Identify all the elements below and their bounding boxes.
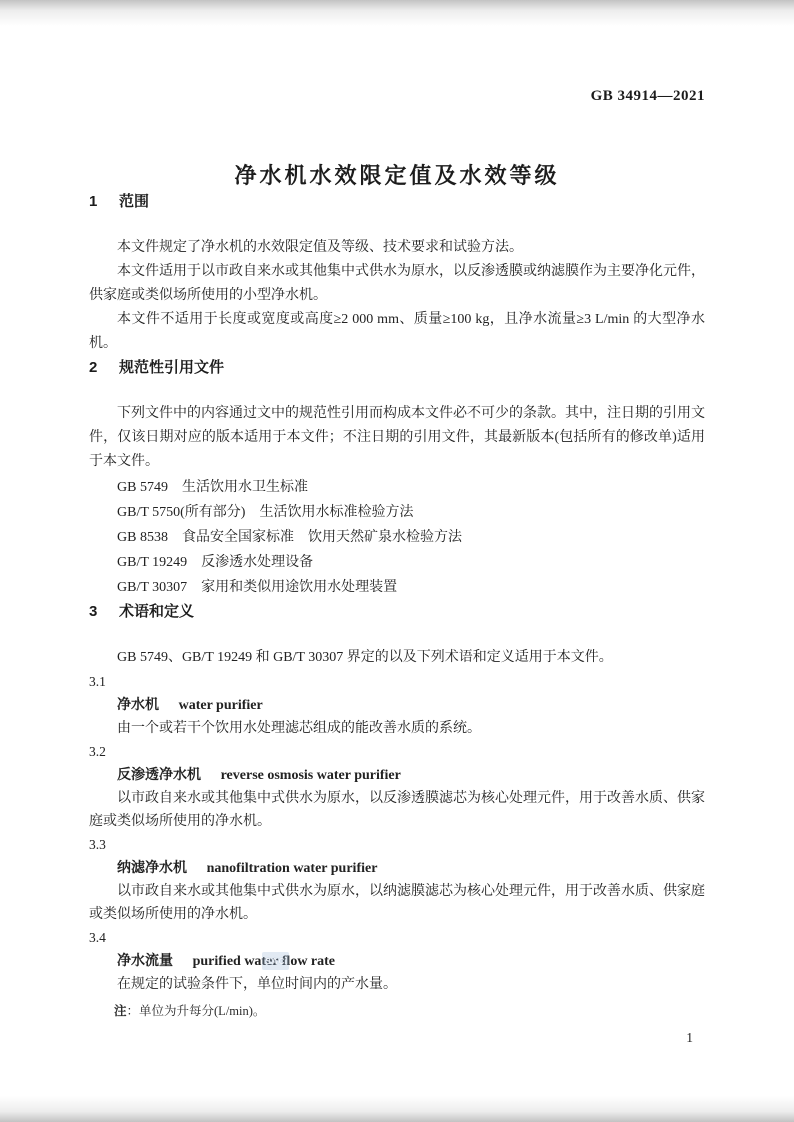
- page-edge-shadow-bottom: [0, 1096, 794, 1122]
- term-name: 纳滤净水机nanofiltration water purifier: [89, 856, 705, 880]
- reference-item: GB 8538 食品安全国家标准 饮用天然矿泉水检验方法: [89, 525, 705, 550]
- section-3-body: GB 5749、GB/T 19249 和 GB/T 30307 界定的以及下列术…: [89, 646, 705, 1020]
- term-name-en: nanofiltration water purifier: [207, 861, 378, 876]
- paragraph: 本文件不适用于长度或宽度或高度≥2 000 mm、质量≥100 kg，且净水流量…: [89, 308, 705, 356]
- standard-code: GB 34914—2021: [89, 0, 705, 105]
- term-name-zh: 净水流量: [117, 952, 173, 968]
- term-name: 净水流量purified water flow rate: [89, 949, 705, 973]
- section-1-title: 范围: [119, 193, 149, 210]
- paragraph: 下列文件中的内容通过文中的规范性引用而构成本文件必不可少的条款。其中，注日期的引…: [89, 402, 705, 474]
- term-note: 注：单位为升每分(L/min)。: [89, 1002, 705, 1020]
- document-page: GB 34914—2021 净水机水效限定值及水效等级 1范围 本文件规定了净水…: [0, 0, 794, 1122]
- term-name-zh: 净水机: [117, 696, 159, 712]
- section-2-number: 2: [89, 359, 101, 376]
- term-name-en: water purifier: [179, 698, 263, 713]
- term-name: 反渗透净水机reverse osmosis water purifier: [89, 763, 705, 787]
- page-content: GB 34914—2021 净水机水效限定值及水效等级 1范围 本文件规定了净水…: [89, 0, 705, 1020]
- term-entry: 3.4 净水流量purified water flow rate 在规定的试验条…: [89, 926, 705, 1020]
- paragraph: 本文件规定了净水机的水效限定值及等级、技术要求和试验方法。: [89, 236, 705, 260]
- term-number: 3.2: [89, 740, 705, 763]
- document-title: 净水机水效限定值及水效等级: [89, 159, 705, 190]
- section-3-heading: 3术语和定义: [89, 600, 705, 621]
- term-name: 净水机water purifier: [89, 693, 705, 717]
- term-entry: 3.2 反渗透净水机reverse osmosis water purifier…: [89, 740, 705, 833]
- note-text: ：单位为升每分(L/min)。: [127, 1004, 266, 1018]
- term-entry: 3.3 纳滤净水机nanofiltration water purifier 以…: [89, 833, 705, 926]
- section-2-title: 规范性引用文件: [119, 359, 224, 376]
- paragraph: 本文件适用于以市政自来水或其他集中式供水为原水，以反渗透膜或纳滤膜作为主要净化元…: [89, 260, 705, 308]
- reference-item: GB/T 19249 反渗透水处理设备: [89, 550, 705, 575]
- sac-watermark-logo: SAC: [262, 952, 289, 970]
- section-1-number: 1: [89, 193, 101, 210]
- term-definition: 以市政自来水或其他集中式供水为原水，以纳滤膜滤芯为核心处理元件，用于改善水质、供…: [89, 880, 705, 926]
- terms-intro: GB 5749、GB/T 19249 和 GB/T 30307 界定的以及下列术…: [89, 646, 705, 670]
- term-number: 3.3: [89, 833, 705, 856]
- page-number: 1: [686, 1030, 693, 1046]
- term-name-en: reverse osmosis water purifier: [221, 768, 401, 783]
- term-name-zh: 纳滤净水机: [117, 859, 187, 875]
- reference-item: GB/T 30307 家用和类似用途饮用水处理装置: [89, 575, 705, 600]
- terms-list: 3.1 净水机water purifier 由一个或若干个饮用水处理滤芯组成的能…: [89, 670, 705, 1020]
- section-1-body: 本文件规定了净水机的水效限定值及等级、技术要求和试验方法。 本文件适用于以市政自…: [89, 236, 705, 356]
- term-definition: 以市政自来水或其他集中式供水为原水，以反渗透膜滤芯为核心处理元件，用于改善水质、…: [89, 787, 705, 833]
- term-number: 3.1: [89, 670, 705, 693]
- section-3-title: 术语和定义: [119, 603, 194, 620]
- term-entry: 3.1 净水机water purifier 由一个或若干个饮用水处理滤芯组成的能…: [89, 670, 705, 740]
- section-2-heading: 2规范性引用文件: [89, 356, 705, 377]
- section-3-number: 3: [89, 603, 101, 620]
- reference-item: GB/T 5750(所有部分) 生活饮用水标准检验方法: [89, 500, 705, 525]
- note-label: 注: [114, 1004, 127, 1018]
- reference-list: GB 5749 生活饮用水卫生标准 GB/T 5750(所有部分) 生活饮用水标…: [89, 475, 705, 600]
- term-definition: 在规定的试验条件下，单位时间内的产水量。: [89, 973, 705, 996]
- section-2-body: 下列文件中的内容通过文中的规范性引用而构成本文件必不可少的条款。其中，注日期的引…: [89, 402, 705, 600]
- term-definition: 由一个或若干个饮用水处理滤芯组成的能改善水质的系统。: [89, 717, 705, 740]
- section-1-heading: 1范围: [89, 190, 705, 211]
- term-name-zh: 反渗透净水机: [117, 766, 201, 782]
- term-number: 3.4: [89, 926, 705, 949]
- reference-item: GB 5749 生活饮用水卫生标准: [89, 475, 705, 500]
